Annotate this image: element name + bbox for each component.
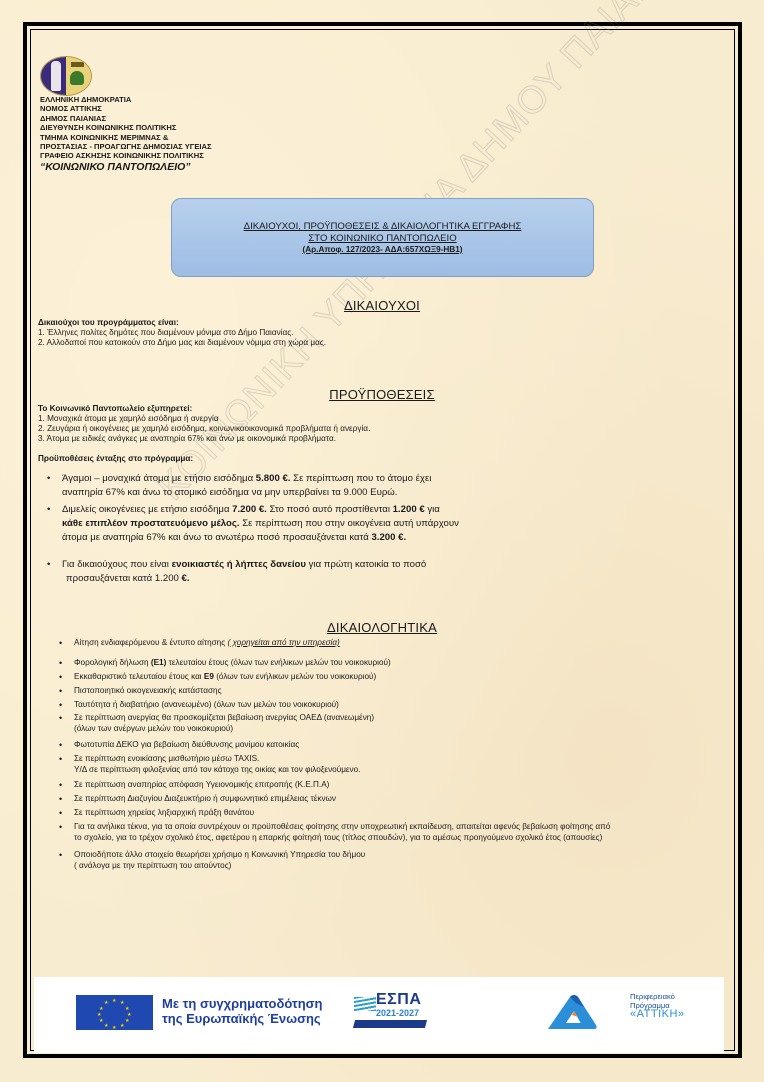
espa-logo: ΕΣΠΑ 2021-2027 xyxy=(354,993,426,1033)
org-line: ΤΜΗΜΑ ΚΟΙΝΩΝΙΚΗΣ ΜΕΡΙΜΝΑΣ & xyxy=(40,133,212,142)
logo-tree-half xyxy=(66,57,91,95)
document-item: Σε περίπτωση ανεργίας θα προσκομίζεται β… xyxy=(74,713,374,734)
title-line-1: ΔΙΚΑΙΟΥΧΟΙ, ΠΡΟΫΠΟΘΕΣΕΙΣ & ΔΙΚΑΙΟΛΟΓΗΤΙΚ… xyxy=(172,221,593,233)
document-item: Πιστοποιητικό οικογενειακής κατάστασης xyxy=(74,686,222,697)
org-line: ΝΟΜΟΣ ΑΤΤΙΚΗΣ xyxy=(40,104,212,113)
document-item: Φωτοτυπία ΔΕΚΟ για βεβαίωση διεύθυνσης μ… xyxy=(74,740,299,751)
document-item: Οποιοδήποτε άλλο στοιχείο θεωρήσει χρήσι… xyxy=(74,850,365,871)
espa-waves-icon xyxy=(354,997,376,1011)
inclusion-heading: Προϋποθέσεις ένταξης στο πρόγραμμα: xyxy=(38,454,193,463)
funding-footer: ★ ★ ★ ★ ★ ★ ★ ★ ★ ★ ★ ★ Με τη συγχρηματο… xyxy=(34,977,724,1053)
condition-item: 1. Μοναχικά άτομα με χαμηλό εισόδημα ή α… xyxy=(38,414,370,424)
document-item: Σε περίπτωση αναπηρίας απόφαση Υγειονομι… xyxy=(74,780,329,791)
title-line-2: ΣΤΟ ΚΟΙΝΩΝΙΚΟ ΠΑΝΤΟΠΩΛΕΙΟ xyxy=(172,233,593,245)
condition-item: 2. Ζευγάρια ή οικογένειες με χαμηλό εισό… xyxy=(38,424,370,434)
document-item: Εκκαθαριστικό τελευταίου έτους και Ε9 (ό… xyxy=(74,672,376,683)
beneficiaries-section: Δικαιούχοι του προγράμματος είναι: 1. Έλ… xyxy=(38,318,326,348)
org-line: ΓΡΑΦΕΙΟ ΑΣΚΗΣΗΣ ΚΟΙΝΩΝΙΚΗΣ ΠΟΛΙΤΙΚΗΣ xyxy=(40,151,212,160)
decision-reference: (Αρ.Αποφ. 127/2023- ΑΔΑ:657ΧΩΞ9-ΗΒ1) xyxy=(172,244,593,256)
org-line: ΠΡΟΣΤΑΣΙΑΣ - ΠΡΟΑΓΩΓΗΣ ΔΗΜΟΣΙΑΣ ΥΓΕΙΑΣ xyxy=(40,142,212,151)
inclusion-item-single: Άγαμοι – μοναχικά άτομα με ετήσιο εισόδη… xyxy=(62,472,431,500)
org-line: ΕΛΛΗΝΙΚΗ ΔΗΜΟΚΡΑΤΙΑ xyxy=(40,95,212,104)
attiki-program-text: Περιφερειακό Πρόγραμμα «ΑΤΤΙΚΗ» xyxy=(630,992,685,1019)
eu-cofunding-text: Με τη συγχρηματοδότηση της Ευρωπαϊκής Έν… xyxy=(162,996,323,1026)
beneficiary-item: 2. Αλλοδαποί που κατοικούν στο Δήμο μας … xyxy=(38,338,326,348)
organization-header: ΕΛΛΗΝΙΚΗ ΔΗΜΟΚΡΑΤΙΑ ΝΟΜΟΣ ΑΤΤΙΚΗΣ ΔΗΜΟΣ … xyxy=(40,95,212,173)
document-item: Φορολογική δήλωση (Ε1) τελευταίου έτους … xyxy=(74,658,391,669)
conditions-intro: Το Κοινωνικό Παντοπωλείο εξυπηρετεί: xyxy=(38,404,192,413)
document-item: Σε περίπτωση ενοικίασης μισθωτήριο μέσω … xyxy=(74,754,360,775)
document-title-box: ΔΙΚΑΙΟΥΧΟΙ, ΠΡΟΫΠΟΘΕΣΕΙΣ & ΔΙΚΑΙΟΛΟΓΗΤΙΚ… xyxy=(171,198,594,277)
inclusion-item-family: Διμελείς οικογένειες με ετήσιο εισόδημα … xyxy=(62,503,459,544)
condition-item: 3. Άτομα με ειδικές ανάγκες με αναπηρία … xyxy=(38,434,370,444)
document-item: Για τα ανήλικα τέκνα, για τα οποία συντρ… xyxy=(74,822,610,843)
documents-heading: ΔΙΚΑΙΟΛΟΓΗΤΙΚΑ xyxy=(0,620,764,635)
espa-tagline-bar xyxy=(353,1020,427,1028)
logo-statue-half xyxy=(41,57,66,95)
shop-name: “ΚΟΙΝΩΝΙΚΟ ΠΑΝΤΟΠΩΛΕΙΟ” xyxy=(40,161,212,173)
attiki-program-icon xyxy=(544,993,600,1033)
org-line: ΔΙΕΥΘΥΝΣΗ ΚΟΙΝΩΝΙΚΗΣ ΠΟΛΙΤΙΚΗΣ xyxy=(40,123,212,132)
document-item: Σε περίπτωση χηρείας ληξιαρχική πράξη θα… xyxy=(74,808,254,819)
org-line: ΔΗΜΟΣ ΠΑΙΑΝΙΑΣ xyxy=(40,114,212,123)
eu-flag-icon: ★ ★ ★ ★ ★ ★ ★ ★ ★ ★ ★ ★ xyxy=(76,995,153,1030)
document-item: Σε περίπτωση Διαζυγίου Διαζευκτήριο ή συ… xyxy=(74,794,336,805)
municipality-logo xyxy=(40,56,92,96)
document-item: Αίτηση ενδιαφερόμενου & έντυπο αίτησης (… xyxy=(74,638,340,649)
document-item: Ταυτότητα ή διαβατήριο (ανανεωμένο) (όλω… xyxy=(74,700,339,711)
beneficiaries-intro: Δικαιούχοι του προγράμματος είναι: xyxy=(38,318,179,327)
beneficiaries-heading: ΔΙΚΑΙΟΥΧΟΙ xyxy=(0,298,764,313)
conditions-section: Το Κοινωνικό Παντοπωλείο εξυπηρετεί: 1. … xyxy=(38,404,370,464)
beneficiary-item: 1. Έλληνες πολίτες δημότες που διαμένουν… xyxy=(38,328,326,338)
inclusion-item-renters: Για δικαιούχους που είναι ενοικιαστές ή … xyxy=(62,558,426,586)
conditions-heading: ΠΡΟΫΠΟΘΕΣΕΙΣ xyxy=(0,387,764,402)
